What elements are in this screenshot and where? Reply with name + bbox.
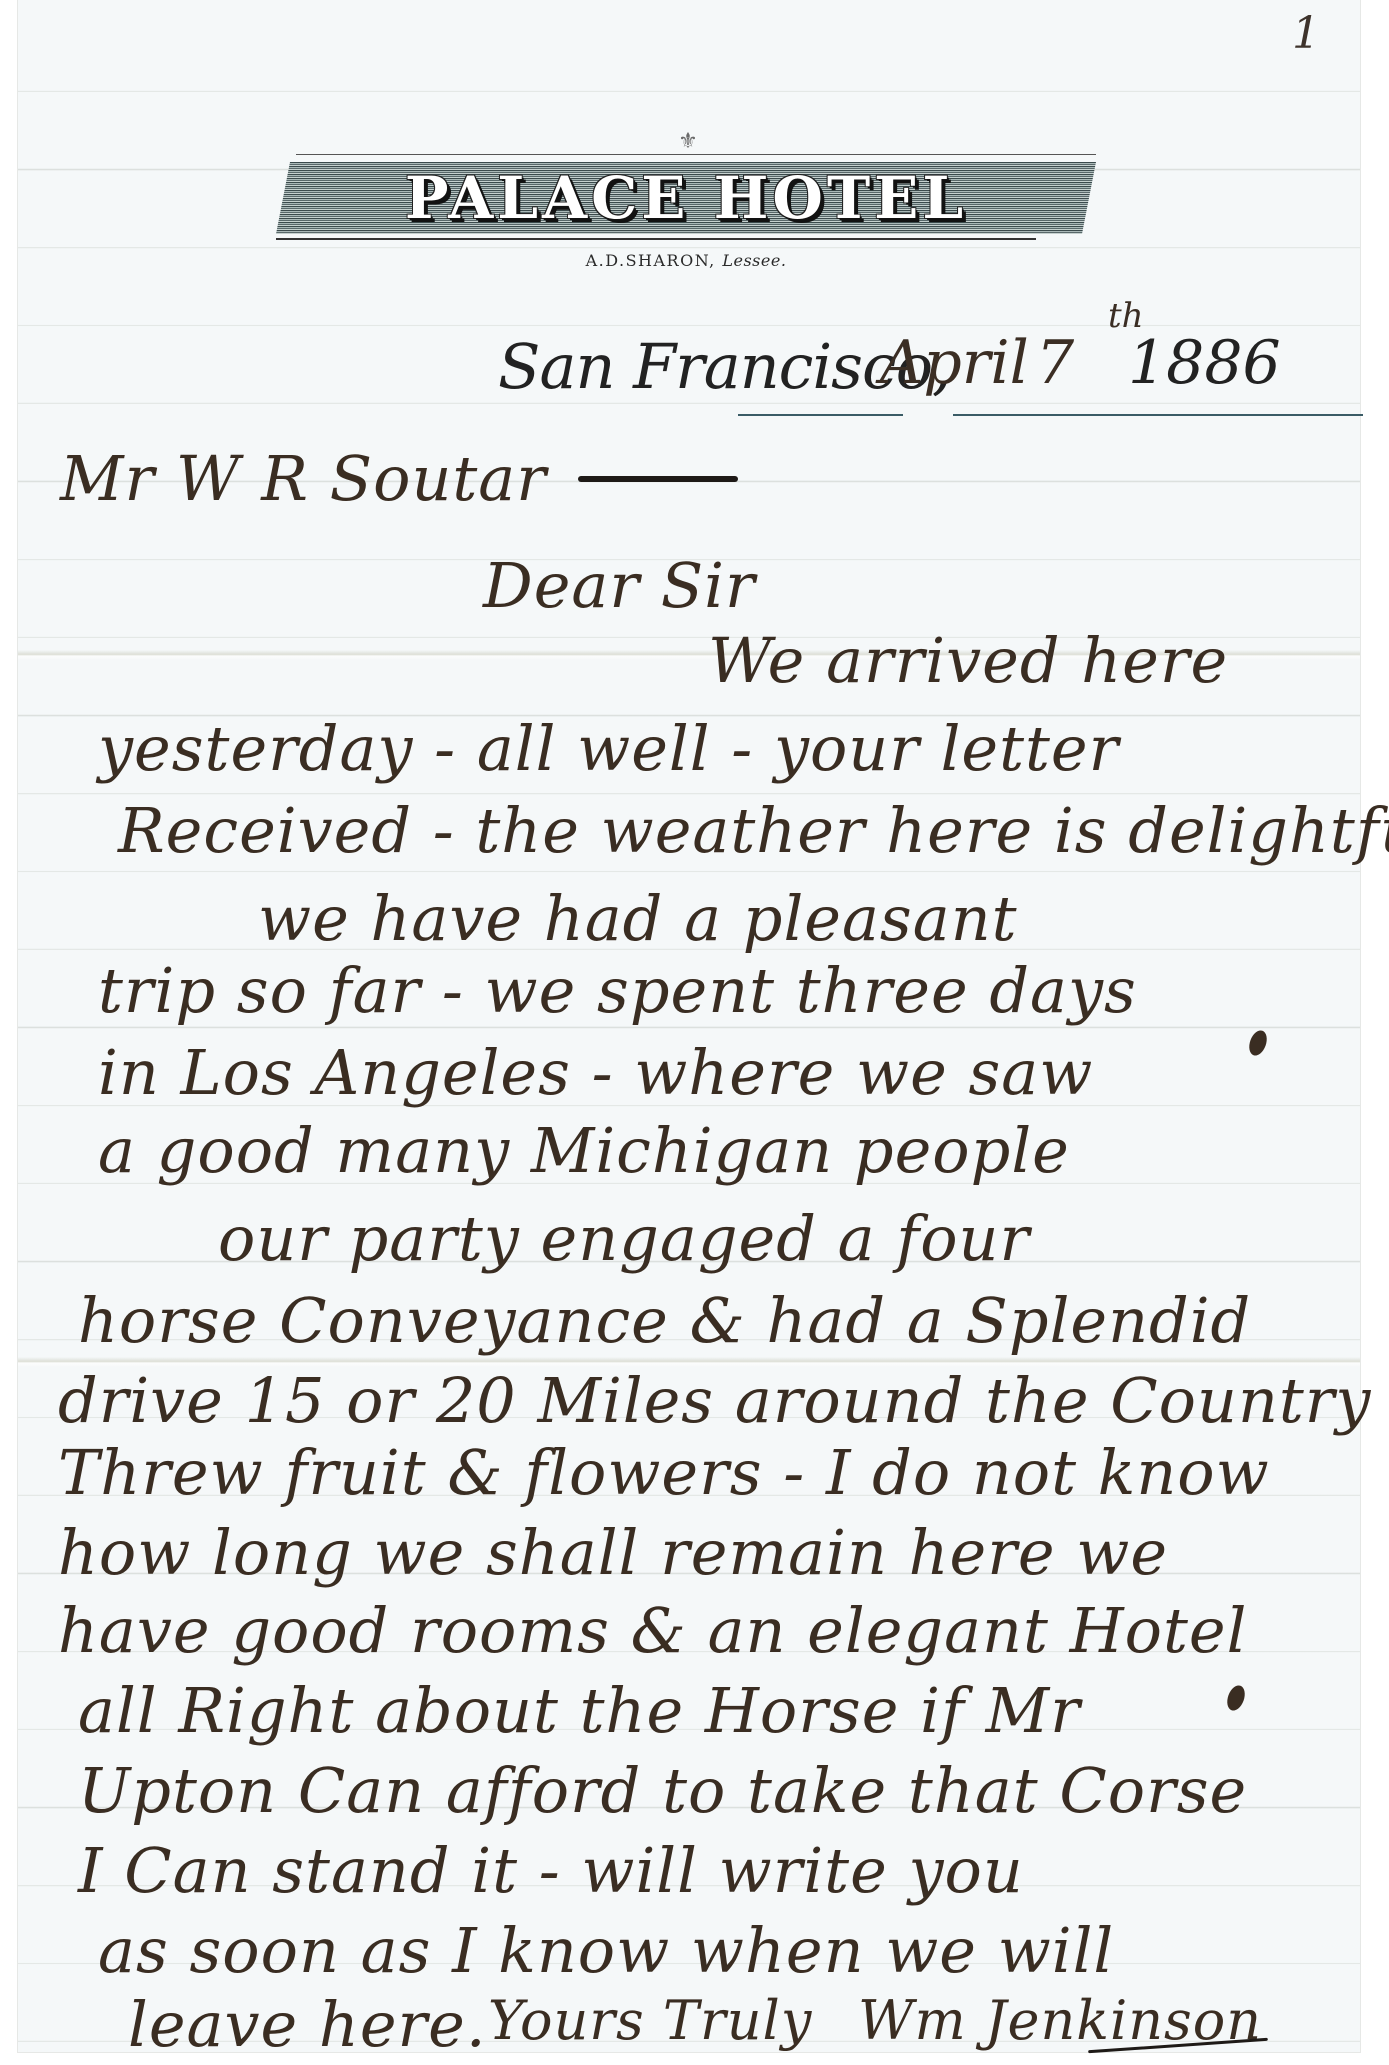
- letterhead-rule-top: [296, 154, 1096, 155]
- body-line-2: yesterday - all well - your letter: [98, 718, 1389, 780]
- lessee-line: A.D.SHARON, Lessee.: [276, 251, 1096, 270]
- fleur-ornament-icon: ⚜: [668, 130, 708, 154]
- hotel-name: PALACE HOTEL: [405, 169, 967, 227]
- body-line-5: trip so far - we spent three days: [98, 960, 1389, 1022]
- date-month: April: [880, 328, 1029, 398]
- date-underline: [738, 414, 903, 416]
- ink-stroke: [578, 476, 738, 482]
- body-line-11: Threw fruit & flowers - I do not know: [58, 1442, 1389, 1504]
- body-line-12: how long we shall remain here we: [58, 1522, 1389, 1584]
- body-line-10: drive 15 or 20 Miles around the Country: [58, 1370, 1389, 1432]
- body-line-8: our party engaged a four: [218, 1208, 1389, 1270]
- body-line-9: horse Conveyance & had a Splendid: [78, 1290, 1389, 1352]
- page-number: 1: [1292, 8, 1320, 59]
- body-line-16: I Can stand it - will write you: [78, 1840, 1389, 1902]
- date-underline-2: [953, 414, 1363, 416]
- hotel-banner: PALACE HOTEL: [276, 162, 1096, 234]
- signature: Wm Jenkinson: [858, 1994, 1389, 2048]
- date-day: 7: [1036, 328, 1074, 398]
- body-line-4: we have had a pleasant: [258, 888, 1389, 950]
- body-line-3: Received - the weather here is delightfu…: [118, 800, 1389, 862]
- letterhead: ⚜ PALACE HOTEL A.D.SHARON, Lessee.: [276, 130, 1096, 240]
- dateline: San Francisco, April 7 th 1886: [488, 300, 1308, 410]
- body-line-14: all Right about the Horse if Mr: [78, 1680, 1389, 1742]
- body-line-7: a good many Michigan people: [98, 1120, 1389, 1182]
- letter-page: 1 ⚜ PALACE HOTEL A.D.SHARON, Lessee. San…: [18, 0, 1360, 2052]
- date-year: 1886: [1128, 328, 1281, 398]
- body-line-15: Upton Can afford to take that Corse: [78, 1760, 1389, 1822]
- salutation: Dear Sir: [483, 555, 1389, 617]
- lessee-title: Lessee.: [722, 251, 786, 270]
- body-line-17: as soon as I know when we will: [98, 1920, 1389, 1982]
- body-line-1: We arrived here: [708, 630, 1389, 692]
- lessee-name: A.D.SHARON,: [586, 251, 716, 270]
- body-line-13: have good rooms & an elegant Hotel: [58, 1600, 1389, 1662]
- letterhead-rule-bottom: [276, 238, 1036, 240]
- body-line-6: in Los Angeles - where we saw: [98, 1042, 1389, 1104]
